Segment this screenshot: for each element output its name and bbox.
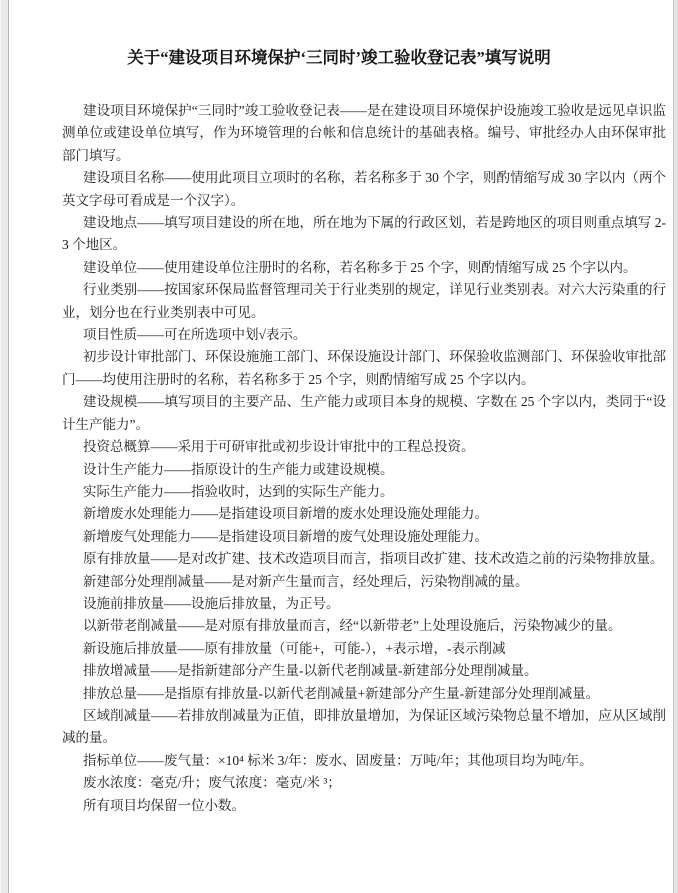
- paragraph: 排放总量——是指原有排放量-以新代老削减量+新建部分产生量-新建部分处理削减量。: [62, 683, 666, 705]
- paragraph: 以新带老削减量——是对原有排放量而言，经“以新带老”上处理设施后，污染物减少的量…: [62, 615, 666, 637]
- paragraph: 新增废水处理能力——是指建设项目新增的废水处理设施处理能力。: [62, 503, 666, 525]
- paragraph: 所有项目均保留一位小数。: [62, 795, 666, 817]
- paragraph: 建设单位——使用建设单位注册时的名称，若名称多于 25 个字，则酌情缩写成 25…: [62, 257, 666, 279]
- paragraph: 实际生产能力——指验收时，达到的实际生产能力。: [62, 481, 666, 503]
- page-left-edge: [0, 0, 9, 893]
- paragraph: 投资总概算——采用于可研审批或初步设计审批中的工程总投资。: [62, 436, 666, 458]
- paragraph: 指标单位——废气量：×10⁴ 标米 3/年：废水、固废量：万吨/年；其他项目均为…: [62, 750, 666, 772]
- paragraph: 排放增减量——是指新建部分产生量-以新代老削减量-新建部分处理削减量。: [62, 660, 666, 682]
- document-body: 建设项目环境保护“三同时”竣工验收登记表——是在建设项目环境保护设施竣工验收是远…: [0, 100, 678, 817]
- paragraph: 区域削减量——若排放削减量为正值，即排放量增加，为保证区域污染物总量不增加，应从…: [62, 705, 666, 750]
- paragraph: 设计生产能力——指原设计的生产能力或建设规模。: [62, 459, 666, 481]
- paragraph: 新建部分处理削减量——是对新产生量而言，经处理后，污染物削减的量。: [62, 571, 666, 593]
- paragraph: 新设施后排放量——原有排放量（可能+，可能-），+表示增，-表示削减: [62, 638, 666, 660]
- document-page: 关于“建设项目环境保护‘三同时’竣工验收登记表”填写说明 建设项目环境保护“三同…: [0, 0, 678, 893]
- paragraph: 建设规模——填写项目的主要产品、生产能力或项目本身的规模、字数在 25 个字以内…: [62, 391, 666, 436]
- paragraph: 建设地点——填写项目建设的所在地，所在地为下属的行政区划，若是跨地区的项目则重点…: [62, 212, 666, 257]
- paragraph: 建设项目环境保护“三同时”竣工验收登记表——是在建设项目环境保护设施竣工验收是远…: [62, 100, 666, 167]
- paragraph: 初步设计审批部门、环保设施施工部门、环保设施设计部门、环保验收监测部门、环保验收…: [62, 346, 666, 391]
- document-title: 关于“建设项目环境保护‘三同时’竣工验收登记表”填写说明: [0, 0, 678, 70]
- paragraph: 建设项目名称——使用此项目立项时的名称，若名称多于 30 个字，则酌情缩写成 3…: [62, 167, 666, 212]
- paragraph: 行业类别——按国家环保局监督管理司关于行业类别的规定，详见行业类别表。对六大污染…: [62, 279, 666, 324]
- paragraph: 废水浓度：毫克/升；废气浓度：毫克/米 ³；: [62, 772, 666, 794]
- page-right-edge: [673, 0, 678, 893]
- paragraph: 新增废气处理能力——是指建设项目新增的废气处理设施处理能力。: [62, 526, 666, 548]
- paragraph: 原有排放量——是对改扩建、技术改造项目而言，指项目改扩建、技术改造之前的污染物排…: [62, 548, 666, 570]
- paragraph: 项目性质——可在所选项中划√表示。: [62, 324, 666, 346]
- paragraph: 设施前排放量——设施后排放量，为正号。: [62, 593, 666, 615]
